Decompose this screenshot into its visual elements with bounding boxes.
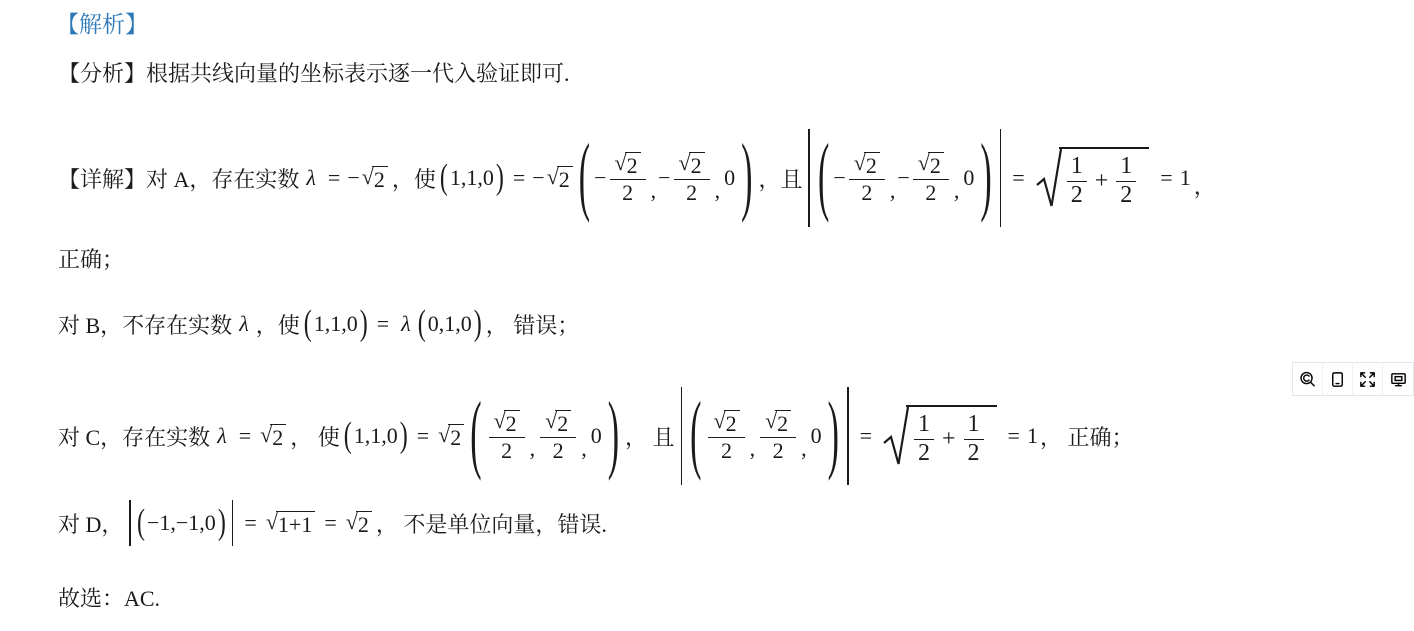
fraction-sqrt2-over-2: √2 2 bbox=[489, 410, 525, 462]
sqrt-2: √2 bbox=[547, 166, 573, 191]
detail-line-b: 对 B，不存在实数 λ ，使 ( 1,1,0 ) = λ ( 0,1,0 ) ，… bbox=[56, 301, 581, 347]
zoom-search-icon[interactable] bbox=[1293, 363, 1323, 395]
text-run: ， 使 bbox=[290, 421, 340, 452]
sqrt-2: √2 bbox=[438, 424, 464, 449]
answer-line: 故选：AC. bbox=[56, 581, 162, 613]
zero: 0 bbox=[724, 165, 735, 191]
text-run: ，且 bbox=[758, 163, 802, 194]
monitor-icon[interactable] bbox=[1383, 363, 1413, 395]
abs-bar bbox=[129, 500, 131, 546]
text-run: ， 正确； bbox=[1040, 421, 1134, 452]
big-paren-open: ( bbox=[579, 134, 590, 222]
fraction-sqrt2-over-2: √2 2 bbox=[760, 410, 796, 462]
text-run: 正确； bbox=[58, 243, 124, 274]
minus-sign: − bbox=[532, 165, 544, 191]
text-run: ， 不是单位向量，错误. bbox=[376, 508, 607, 539]
paren-close: ) bbox=[496, 160, 504, 196]
vector-components: √2 2 , √2 2 , 0 bbox=[486, 410, 604, 462]
abs-bar bbox=[1000, 129, 1002, 227]
big-paren-open: ( bbox=[818, 134, 829, 222]
page: { "page": { "background": "#ffffff", "te… bbox=[0, 0, 1414, 631]
paren-close: ) bbox=[474, 306, 482, 342]
paren-open: ( bbox=[344, 418, 352, 454]
big-paren-open: ( bbox=[690, 392, 701, 480]
comma: , bbox=[801, 436, 807, 462]
minus-sign: − bbox=[347, 165, 359, 191]
comma: , bbox=[750, 436, 756, 462]
vector-110: 1,1,0 bbox=[450, 165, 494, 191]
equals-sign: = bbox=[1160, 165, 1172, 191]
detail-line-a: 【详解】对 A，存在实数 λ = − √2 ，使 ( 1,1,0 ) = − √… bbox=[56, 127, 1219, 229]
equals-sign: = bbox=[417, 423, 429, 449]
analysis-text: 【分析】根据共线向量的坐标表示逐一代入验证即可. bbox=[58, 57, 570, 88]
big-paren-close: ) bbox=[828, 392, 839, 480]
paren-close: ) bbox=[218, 505, 226, 541]
minus-sign: − bbox=[897, 165, 909, 191]
fraction-one-half: 12 bbox=[914, 412, 934, 466]
paren-close: ) bbox=[400, 418, 408, 454]
comma: , bbox=[651, 178, 657, 204]
equals-sign: = bbox=[239, 423, 251, 449]
text-run: ，使 bbox=[256, 309, 300, 340]
minus-sign: − bbox=[594, 165, 606, 191]
big-radical: 12 + 12 bbox=[1036, 147, 1150, 209]
correct-line: 正确； bbox=[56, 243, 126, 273]
paren-close: ) bbox=[360, 306, 368, 342]
abs-bar bbox=[681, 387, 683, 485]
comma: , bbox=[530, 436, 536, 462]
equals-sign: = bbox=[324, 510, 336, 536]
text-run: ， 错误； bbox=[486, 309, 580, 340]
fraction-sqrt2-over-2: √2 2 bbox=[913, 152, 949, 204]
fraction-sqrt2-over-2: √2 2 bbox=[674, 152, 710, 204]
big-radical: 12 + 12 bbox=[883, 405, 997, 467]
fraction-sqrt2-over-2: √2 2 bbox=[849, 152, 885, 204]
big-paren-close: ) bbox=[741, 134, 752, 222]
plus-sign: + bbox=[942, 426, 956, 453]
text-run: 对 D， bbox=[58, 508, 123, 539]
floating-toolbar bbox=[1292, 362, 1414, 396]
fraction-sqrt2-over-2: √2 2 bbox=[708, 410, 744, 462]
text-run: ， 且 bbox=[625, 421, 675, 452]
lambda-symbol: λ bbox=[217, 423, 227, 449]
equals-sign: = bbox=[1012, 165, 1024, 191]
text-run: 对 C，存在实数 bbox=[58, 421, 210, 452]
fraction-sqrt2-over-2: √2 2 bbox=[610, 152, 646, 204]
text-run: 【详解】对 A，存在实数 bbox=[58, 163, 299, 194]
paren-open: ( bbox=[418, 306, 426, 342]
equals-sign: = bbox=[328, 165, 340, 191]
paren-open: ( bbox=[137, 505, 145, 541]
abs-bar bbox=[847, 387, 849, 485]
abs-bar bbox=[808, 129, 810, 227]
sqrt-1plus1: √1+1 bbox=[266, 511, 316, 536]
one: 1 bbox=[1180, 165, 1191, 191]
text-run: 对 B，不存在实数 bbox=[58, 309, 232, 340]
vector-110: 1,1,0 bbox=[314, 311, 358, 337]
equals-sign: = bbox=[377, 311, 389, 337]
big-paren-close: ) bbox=[608, 392, 619, 480]
sqrt-2: √2 bbox=[346, 511, 372, 536]
analysis-line: 【分析】根据共线向量的坐标表示逐一代入验证即可. bbox=[56, 57, 572, 87]
vector-components: − √2 2 , − √2 2 , 0 bbox=[594, 152, 737, 204]
comma: , bbox=[890, 178, 896, 204]
equals-sign: = bbox=[1008, 423, 1020, 449]
zero: 0 bbox=[591, 423, 602, 449]
zero: 0 bbox=[811, 423, 822, 449]
vector-components: √2 2 , √2 2 , 0 bbox=[705, 410, 823, 462]
comma: , bbox=[715, 178, 721, 204]
tablet-icon[interactable] bbox=[1323, 363, 1353, 395]
detail-line-d: 对 D， ( −1,−1,0 ) = √1+1 = √2 ， 不是单位向量，错误… bbox=[56, 496, 609, 550]
text-run: ，使 bbox=[392, 163, 436, 194]
paren-open: ( bbox=[304, 306, 312, 342]
fraction-one-half: 12 bbox=[964, 412, 984, 466]
comma: , bbox=[954, 178, 960, 204]
vector-neg: −1,−1,0 bbox=[147, 510, 216, 536]
equals-sign: = bbox=[513, 165, 525, 191]
zero: 0 bbox=[963, 165, 974, 191]
paren-open: ( bbox=[440, 160, 448, 196]
text-run: 故选：AC. bbox=[58, 582, 160, 613]
vector-010: 0,1,0 bbox=[428, 311, 472, 337]
lambda-symbol: λ bbox=[401, 311, 411, 337]
comma-cn: ， bbox=[1194, 170, 1216, 201]
lambda-symbol: λ bbox=[239, 311, 249, 337]
minus-sign: − bbox=[833, 165, 845, 191]
big-paren-close: ) bbox=[980, 134, 991, 222]
lambda-symbol: λ bbox=[306, 165, 316, 191]
plus-sign: + bbox=[1095, 168, 1109, 195]
fraction-sqrt2-over-2: √2 2 bbox=[540, 410, 576, 462]
vector-110: 1,1,0 bbox=[354, 423, 398, 449]
big-paren-open: ( bbox=[470, 392, 481, 480]
fraction-one-half: 12 bbox=[1116, 154, 1136, 208]
minus-sign: − bbox=[658, 165, 670, 191]
one: 1 bbox=[1027, 423, 1038, 449]
fullscreen-icon[interactable] bbox=[1353, 363, 1383, 395]
abs-bar bbox=[232, 500, 234, 546]
equals-sign: = bbox=[244, 510, 256, 536]
vector-components: − √2 2 , − √2 2 , 0 bbox=[833, 152, 976, 204]
solution-header: 【解析】 bbox=[56, 6, 148, 39]
fraction-one-half: 12 bbox=[1067, 154, 1087, 208]
sqrt-2: √2 bbox=[362, 166, 388, 191]
detail-line-c: 对 C，存在实数 λ = √2 ， 使 ( 1,1,0 ) = √2 ( √2 … bbox=[56, 387, 1135, 485]
sqrt-2: √2 bbox=[260, 424, 286, 449]
equals-sign: = bbox=[860, 423, 872, 449]
comma: , bbox=[581, 436, 587, 462]
